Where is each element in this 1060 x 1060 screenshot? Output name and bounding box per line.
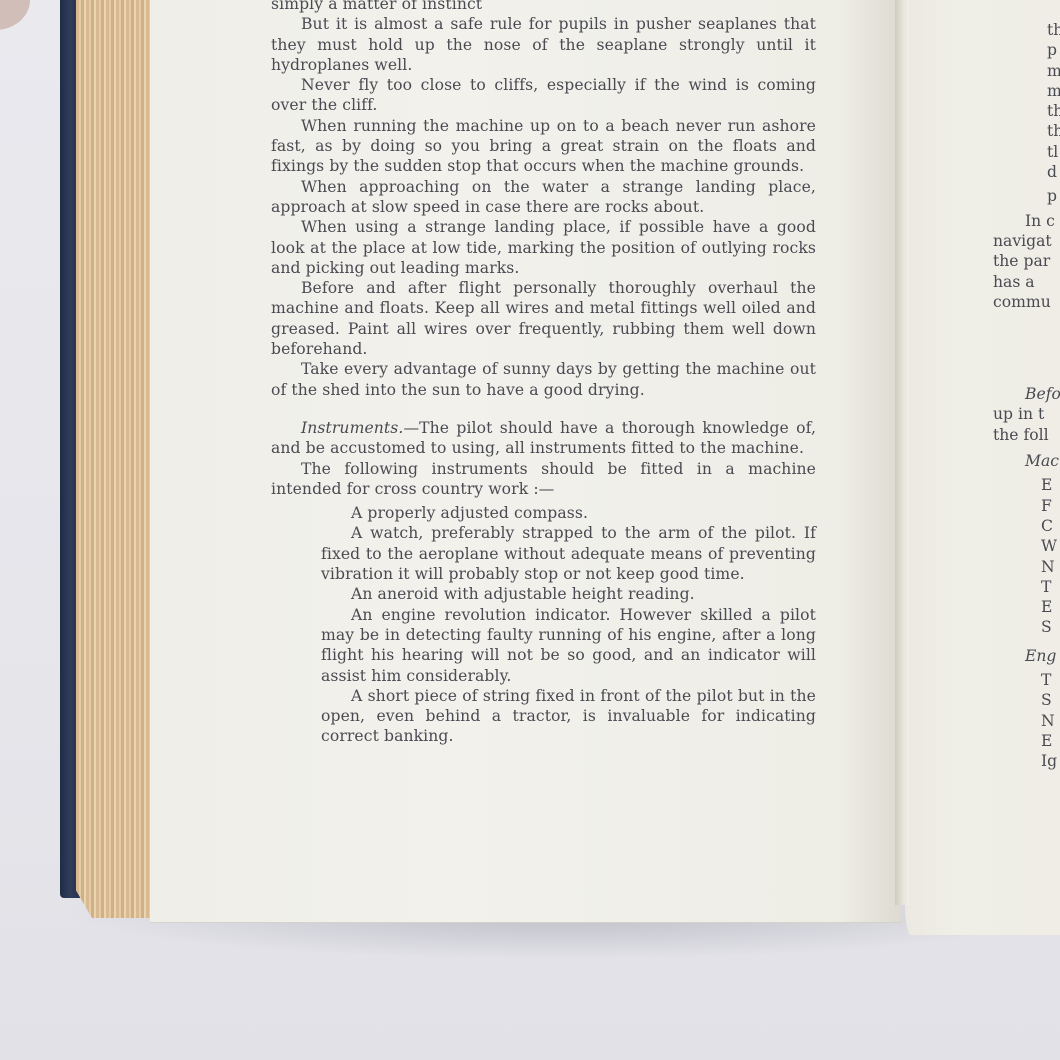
fragment: p <box>993 40 1060 60</box>
list-item: A watch, preferably strapped to the arm … <box>321 523 816 584</box>
list-item: E <box>993 475 1060 495</box>
page-edges <box>76 0 156 918</box>
paragraph: When approaching on the water a strange … <box>271 177 816 218</box>
machine-heading: Mac <box>993 451 1060 471</box>
fragment: m <box>993 81 1060 101</box>
list-item: N <box>993 711 1060 731</box>
list-item: T <box>993 577 1060 597</box>
list-item: Ig <box>993 751 1060 771</box>
fragment: th <box>993 121 1060 141</box>
paragraph: Before and after flight personally thoro… <box>271 278 816 359</box>
list-item: An aneroid with adjustable height readin… <box>321 584 816 604</box>
fragment: Befo <box>993 384 1060 404</box>
fragment: p <box>993 186 1060 206</box>
instruments-paragraph: Instruments.—The pilot should have a tho… <box>271 418 816 459</box>
paragraph: But it is almost a safe rule for pupils … <box>271 14 816 75</box>
list-item: A properly adjusted compass. <box>321 503 816 523</box>
fragment: th <box>993 20 1060 40</box>
fragment: commu <box>993 292 1060 312</box>
paragraph: When running the machine up on to a beac… <box>271 116 816 177</box>
fragment: d <box>993 162 1060 182</box>
paragraph: When using a strange landing place, if p… <box>271 217 816 278</box>
photo-scene: simply a matter of instinct But it is al… <box>0 0 1060 1060</box>
left-page-text: simply a matter of instinct But it is al… <box>271 0 816 747</box>
fragment: up in t <box>993 404 1060 424</box>
instrument-list: A properly adjusted compass. A watch, pr… <box>321 503 816 747</box>
list-item: An engine revolution indicator. However … <box>321 605 816 686</box>
fragment: m <box>993 61 1060 81</box>
paragraph: Take every advantage of sunny days by ge… <box>271 359 816 400</box>
list-item: E <box>993 731 1060 751</box>
list-item: S <box>993 617 1060 637</box>
fragment: In c <box>993 211 1060 231</box>
book-gutter <box>895 0 909 905</box>
fragment: the par <box>993 251 1060 271</box>
list-item: E <box>993 597 1060 617</box>
instruments-lead: The following instruments should be fitt… <box>271 459 816 500</box>
fragment: navigat <box>993 231 1060 251</box>
right-page-text: th p m m th th tl d p In c navigat the p… <box>993 20 1060 772</box>
list-item: A short piece of string fixed in front o… <box>321 686 816 747</box>
fragment: the foll <box>993 425 1060 445</box>
fragment: has a <box>993 272 1060 292</box>
list-item: N <box>993 557 1060 577</box>
instruments-heading: Instruments. <box>301 419 403 437</box>
list-item: W <box>993 536 1060 556</box>
paragraph: Never fly too close to cliffs, especiall… <box>271 75 816 116</box>
top-fragment: simply a matter of instinct <box>271 0 816 14</box>
hand-fragment <box>0 0 30 30</box>
fragment: tl <box>993 142 1060 162</box>
list-item: F <box>993 496 1060 516</box>
fragment: th <box>993 101 1060 121</box>
list-item: C <box>993 516 1060 536</box>
engine-heading: Eng <box>993 646 1060 666</box>
list-item: S <box>993 690 1060 710</box>
list-item: T <box>993 670 1060 690</box>
